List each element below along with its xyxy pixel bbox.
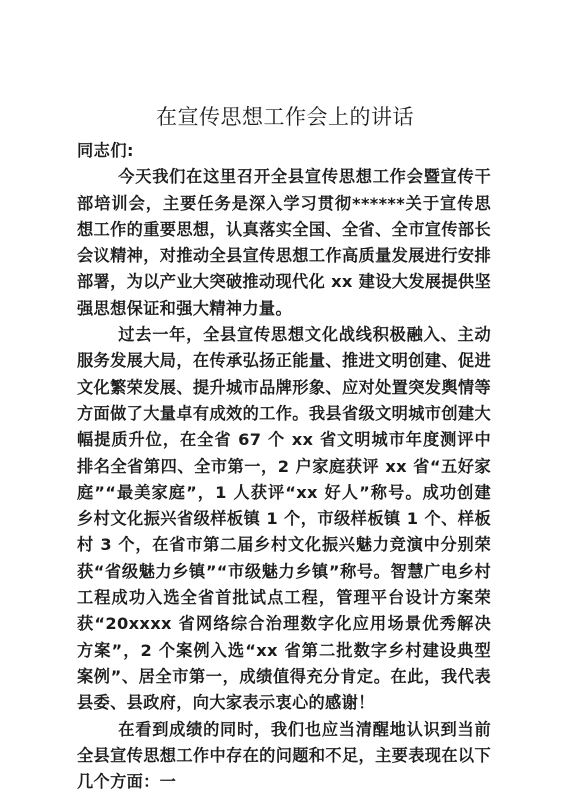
paragraph-problems: 在看到成绩的同时，我们也应当清醒地认识到当前全县宣传思想工作中存在的问题和不足，… bbox=[77, 717, 491, 796]
paragraph-achievements: 过去一年，全县宣传思想文化战线积极融入、主动服务发展大局，在传承弘扬正能量、推进… bbox=[77, 322, 491, 716]
salutation: 同志们: bbox=[77, 138, 491, 164]
document-body: 同志们: 今天我们在这里召开全县宣传思想工作会暨宣传干部培训会，主要任务是深入学… bbox=[77, 138, 491, 795]
document-title: 在宣传思想工作会上的讲话 bbox=[0, 103, 570, 131]
paragraph-opening: 今天我们在这里召开全县宣传思想工作会暨宣传干部培训会，主要任务是深入学习贯彻**… bbox=[77, 164, 491, 322]
document-page: 在宣传思想工作会上的讲话 同志们: 今天我们在这里召开全县宣传思想工作会暨宣传干… bbox=[0, 0, 570, 807]
